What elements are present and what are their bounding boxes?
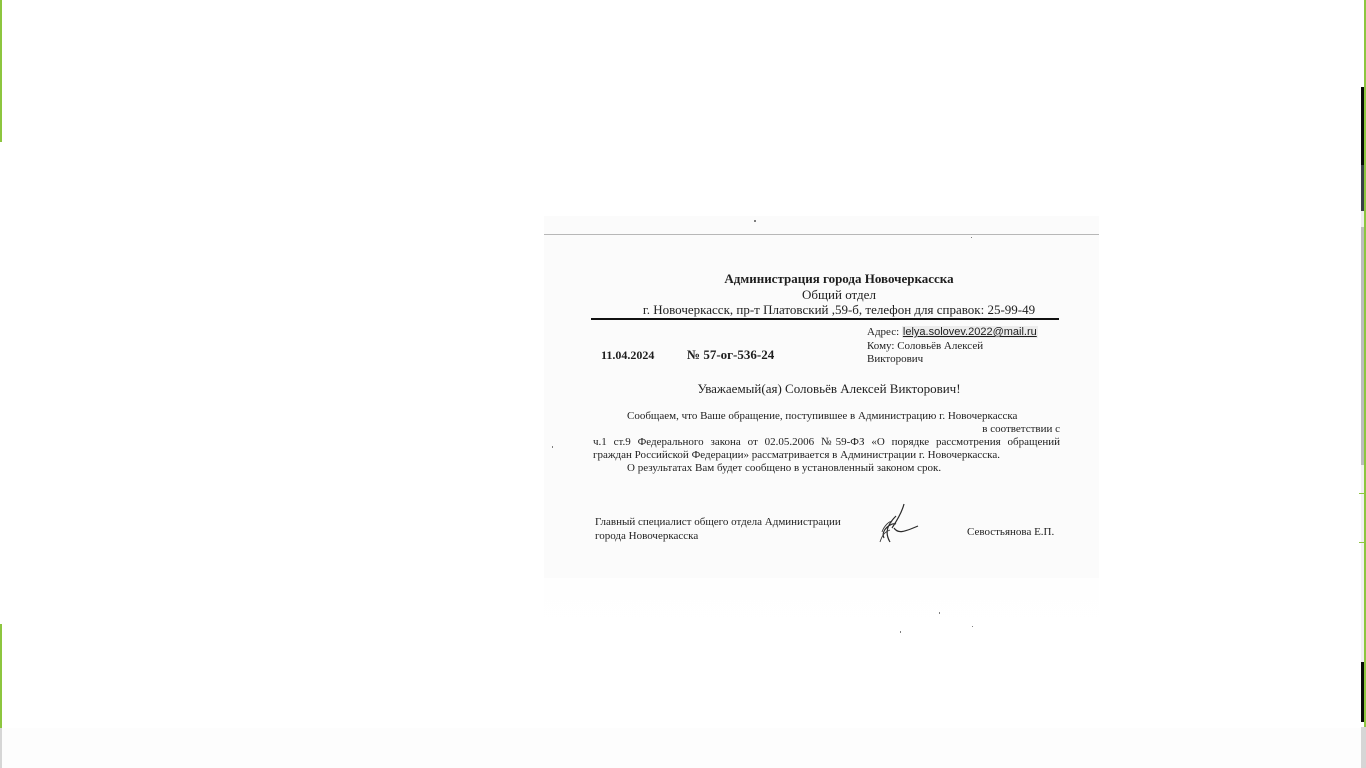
scan-speck bbox=[754, 220, 756, 222]
scan-fold-line bbox=[544, 234, 1099, 235]
scanned-letter: Администрация города Новочеркасска Общий… bbox=[544, 216, 1099, 640]
signatory-title-line2: города Новочеркасска bbox=[595, 529, 841, 543]
scrollbar-corner bbox=[1361, 727, 1366, 768]
department-name: Общий отдел bbox=[544, 287, 1134, 303]
scan-speck bbox=[552, 446, 553, 448]
document-number: № 57-ог-536-24 bbox=[687, 347, 774, 363]
left-accent-bar-bottom bbox=[0, 624, 2, 728]
scrollbar-thumb[interactable] bbox=[1361, 227, 1364, 465]
signatory-name: Севостьянова Е.П. bbox=[967, 526, 1054, 538]
organization-address: г. Новочеркасск, пр-т Платовский ,59-б, … bbox=[544, 302, 1134, 318]
recipient-email: lelya.solovev.2022@mail.ru bbox=[902, 326, 1038, 338]
scrollbar-segment-top[interactable] bbox=[1361, 87, 1364, 165]
body-line: О результатах Вам будет сообщено в устан… bbox=[593, 462, 1060, 475]
letter-body: Сообщаем, что Ваше обращение, поступивше… bbox=[593, 410, 1060, 475]
scrollbar-segment-dark[interactable] bbox=[1361, 165, 1364, 211]
greeting: Уважаемый(ая) Соловьёв Алексей Викторови… bbox=[544, 381, 1114, 397]
scan-speck bbox=[900, 631, 901, 633]
scrollbar-marker bbox=[1359, 493, 1366, 494]
left-accent-bar-top bbox=[0, 0, 2, 142]
body-line: граждан Российской Федерации» рассматрив… bbox=[593, 449, 1060, 462]
signature-icon bbox=[870, 502, 922, 544]
signatory-title-line1: Главный специалист общего отдела Админис… bbox=[595, 515, 841, 529]
scrollbar-track[interactable] bbox=[1361, 465, 1364, 662]
scan-speck bbox=[939, 612, 940, 614]
to-label: Кому: bbox=[867, 340, 894, 352]
organization-name: Администрация города Новочеркасска bbox=[544, 271, 1134, 287]
header-divider bbox=[591, 318, 1059, 320]
body-line: ч.1 ст.9 Федерального закона от 02.05.20… bbox=[593, 436, 1060, 449]
signatory-title: Главный специалист общего отдела Админис… bbox=[595, 515, 841, 543]
scan-speck bbox=[971, 237, 972, 238]
image-viewer: Администрация города Новочеркасска Общий… bbox=[0, 0, 1366, 768]
address-label: Адрес: bbox=[867, 326, 899, 338]
recipient-block: Адрес: lelya.solovev.2022@mail.ru Кому: … bbox=[867, 326, 1057, 367]
body-line: в соответствии с bbox=[593, 423, 1060, 436]
document-date: 11.04.2024 bbox=[601, 348, 654, 363]
scrollbar-segment-bottom[interactable] bbox=[1361, 662, 1364, 722]
scrollbar-segment-light[interactable] bbox=[1361, 211, 1364, 227]
body-line: Сообщаем, что Ваше обращение, поступивше… bbox=[593, 410, 1060, 423]
recipient-name-line2: Викторович bbox=[867, 353, 1057, 367]
scrollbar-marker bbox=[1359, 542, 1366, 543]
bottom-strip bbox=[0, 728, 1366, 768]
recipient-name-line1: Соловьёв Алексей bbox=[897, 340, 983, 352]
left-gray-bar bbox=[0, 728, 2, 768]
scan-speck bbox=[972, 626, 973, 627]
